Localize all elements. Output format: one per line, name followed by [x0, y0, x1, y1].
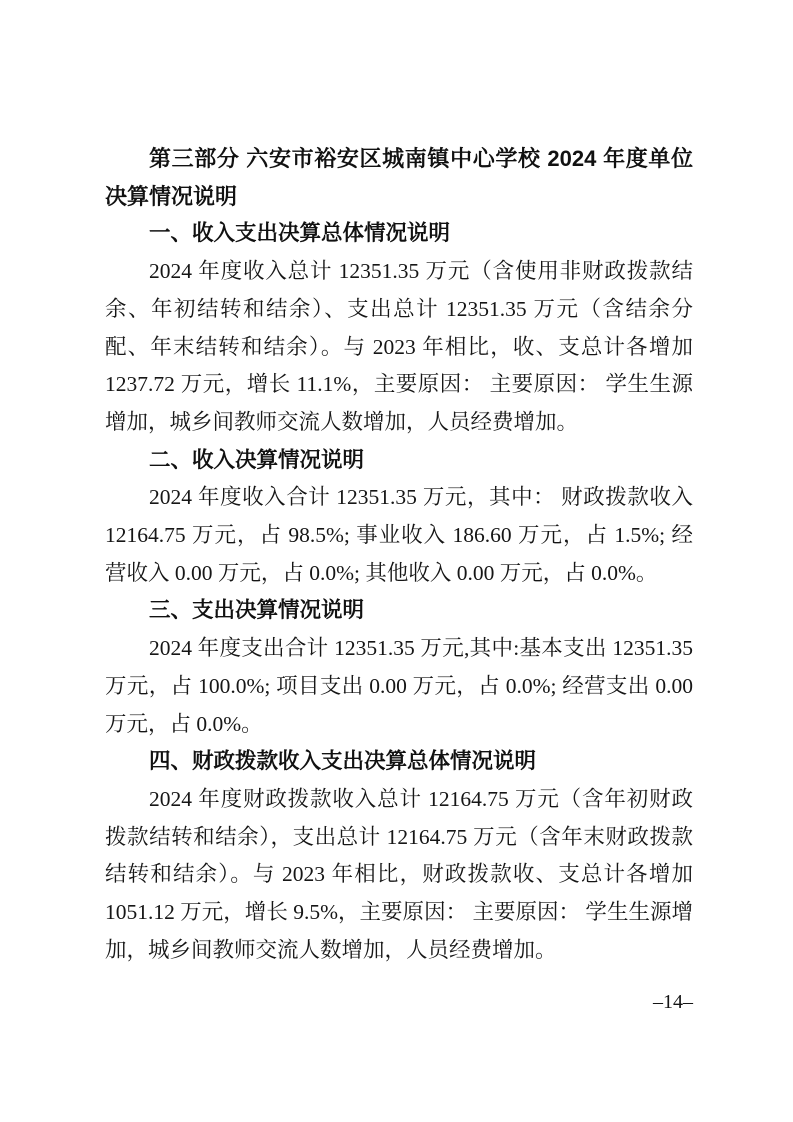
page-number: –14– — [653, 988, 693, 1016]
doc-title: 第三部分 六安市裕安区城南镇中心学校 2024 年度单位决算情况说明 — [105, 140, 693, 215]
paragraph-income-expenditure-overview: 2024 年度收入总计 12351.35 万元（含使用非财政拨款结余、年初结转和… — [105, 253, 693, 442]
section-heading-income-expenditure-overview: 一、收入支出决算总体情况说明 — [105, 215, 693, 253]
document-page: 第三部分 六安市裕安区城南镇中心学校 2024 年度单位决算情况说明 一、收入支… — [0, 0, 793, 1122]
section-heading-expenditure-statement: 三、支出决算情况说明 — [105, 592, 693, 630]
paragraph-fiscal-appropriation-overview: 2024 年度财政拨款收入总计 12164.75 万元（含年初财政拨款结转和结余… — [105, 781, 693, 970]
document-content: 第三部分 六安市裕安区城南镇中心学校 2024 年度单位决算情况说明 一、收入支… — [105, 140, 693, 969]
section-heading-fiscal-appropriation-overview: 四、财政拨款收入支出决算总体情况说明 — [105, 743, 693, 781]
paragraph-income-statement: 2024 年度收入合计 12351.35 万元，其中： 财政拨款收入 12164… — [105, 479, 693, 592]
section-heading-income-statement: 二、收入决算情况说明 — [105, 442, 693, 480]
paragraph-expenditure-statement: 2024 年度支出合计 12351.35 万元,其中:基本支出 12351.35… — [105, 630, 693, 743]
